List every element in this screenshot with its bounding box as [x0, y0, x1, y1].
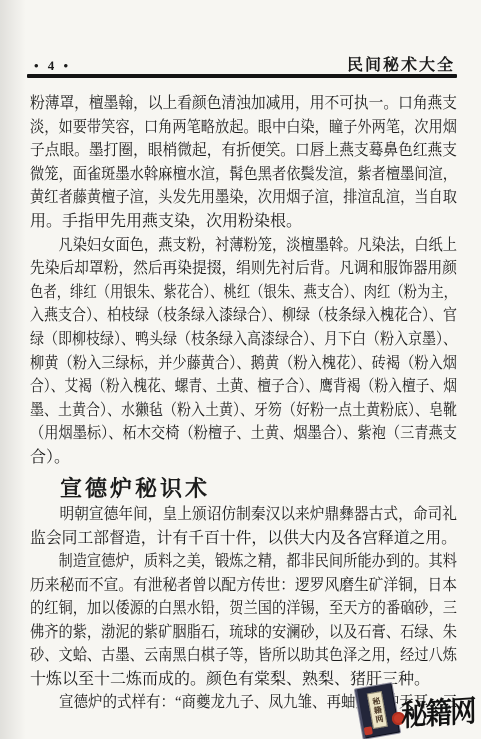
text-line: 入燕支合）、柏枝绿（枝条绿入漆绿合）、柳绿（枝条绿入槐花合）、官 — [30, 304, 404, 328]
text-line: 监会同工部督造，计有千百十件，以供大内及各宫释道之用。 — [30, 527, 452, 551]
page-header: • 4 • 民间秘术大全 — [34, 52, 455, 75]
text-line: 制造宣德炉，质料之美，锻炼之精，都非民间所能办到的。其料 — [30, 550, 410, 574]
text-line: 柳黄（粉入三绿标，并少藤黄合）、鹅黄（粉入槐花）、砖褐（粉入烟 — [30, 352, 410, 376]
text-line: 色者，绯红（用银朱、紫花合）、桃红（银朱、燕支合）、肉红（粉为主， — [30, 281, 386, 305]
text-line: 子点眼。墨打圈，眼梢微起，有折便笑。口唇上燕支蓦鼻色红燕支 — [30, 139, 423, 163]
text-line: 淡，如要带笑容，口角两笔略放起。眼中白染，瞳子外两笔，次用烟 — [30, 116, 410, 140]
running-head-book-title: 民间秘术大全 — [347, 52, 455, 75]
text-line: 历来秘而不宣。有泄秘者曾以配方传世：逻罗风磨生矿洋铜，日本 — [30, 574, 423, 598]
header-rule — [27, 74, 457, 78]
text-line: 黄红者藤黄檀子渲，头发先用墨染，次用烟子渲，排渲乱渲，当自取 — [30, 186, 410, 210]
text-line: 粉薄罩，檀墨翰，以上看颜色清浊加减用，用不可执一。口角燕支 — [30, 92, 423, 116]
page-number: • 4 • — [34, 58, 71, 74]
text-line: 凡染妇女面色，燕支粉，衬薄粉笼，淡檀墨斡。凡染法，白纸上 — [30, 234, 410, 258]
body-text-block-2: 明朝宣德年间，皇上颁诏仿制秦汉以来炉鼎彝器古式，命司礼监会同工部督造，计有千百十… — [30, 503, 457, 715]
text-line: 合）、艾褐（粉入槐花、螺青、土黄、檀子合）、鹰背褐（粉入檀子、烟 — [30, 375, 398, 399]
text-line: 砂、文蛤、古墨、云南黑白棋子等，皆所以助其色泽之用，经过八炼 — [30, 644, 410, 668]
text-line: 墨、土黄合）、水獭毡（粉入土黄）、牙笏（好粉一点土黄粉底）、皂靴 — [30, 399, 404, 423]
text-line: 佛齐的紫，渤泥的紫矿胭脂石，琉球的安澜砂，以及石膏、石绿、朱 — [30, 621, 410, 645]
text-line: 用。手指甲先用燕支染，次用粉染根。 — [30, 210, 457, 234]
text-line: 的红铜，加以倭源的白黑水铅，贺兰国的洋锡，至天方的番硇砂，三 — [30, 597, 410, 621]
section-heading: 宣德炉秘识术 — [60, 472, 210, 503]
scanned-book-page: • 4 • 民间秘术大全 粉薄罩，檀墨翰，以上看颜色清浊加减用，用不可执一。口角… — [0, 0, 481, 739]
body-text-block-1: 粉薄罩，檀墨翰，以上看颜色清浊加减用，用不可执一。口角燕支淡，如要带笑容，口角两… — [30, 92, 457, 470]
text-line: 绿（即柳枝绿）、鸭头绿（枝条绿入高漆绿合）、月下白（粉入京墨）、 — [30, 328, 404, 352]
text-line: 合）。 — [30, 446, 457, 470]
text-line: 微笼，面雀斑墨水斡麻檀水渲，髯色黑者依鬓发渲，紫者檀墨间渲， — [30, 163, 410, 187]
text-line: 先染后却罩粉，然后再染提掇，绢则先衬后背。凡调和服饰器用颜 — [30, 257, 423, 281]
text-line: （用烟墨标）、柘木交椅（粉檀子、土黄、烟墨合）、紫袍（三青燕支 — [30, 422, 410, 446]
text-line: 宣德炉的式样有：“商夔龙九子、凤九雏、再蚰龙耳冲天耳、三 — [30, 691, 417, 715]
text-line: 十炼以至十二炼而成的。颜色有棠梨、熟梨、猪肝三种。 — [30, 668, 457, 692]
book-seal-icon — [364, 726, 373, 735]
text-line: 明朝宣德年间，皇上颁诏仿制秦汉以来炉鼎彝器古式，命司礼 — [30, 503, 423, 527]
